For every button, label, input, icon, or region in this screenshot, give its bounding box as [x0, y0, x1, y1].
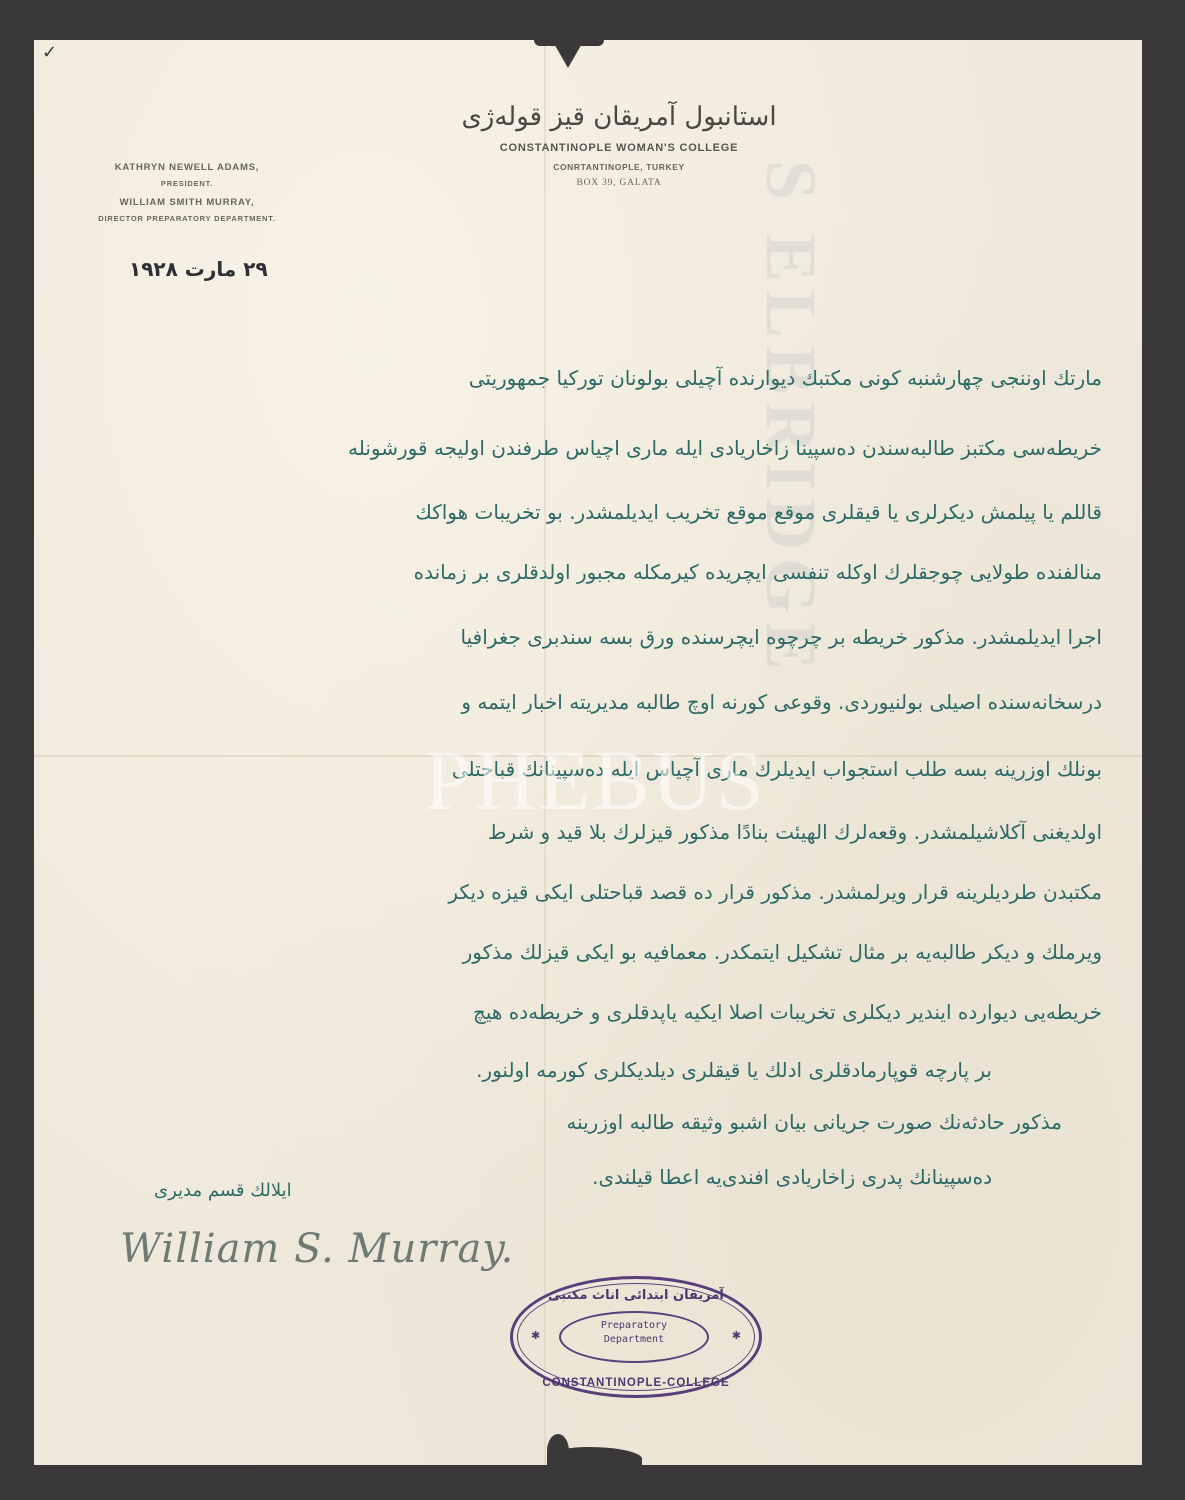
signature: William S. Murray. [120, 1226, 514, 1272]
president-name: KATHRYN NEWELL ADAMS, [82, 162, 292, 173]
stamp-arabic-text: آمريقان ابتدائى اناث مكتبى [513, 1288, 759, 1303]
letterhead-college-name: CONSTANTINOPLE WOMAN'S COLLEGE [424, 142, 814, 154]
body-line: مذكور حادثه‌نك صورت جريانى بيان اشبو وثي… [566, 1110, 1062, 1134]
stamp-inner-line1: Preparatory [561, 1319, 707, 1333]
body-line: منالفنده طولايى چوجقلرك اوكله تنفسى ايچر… [414, 560, 1102, 584]
college-stamp: آمريقان ابتدائى اناث مكتبى ✱ ✱ Preparato… [510, 1276, 762, 1398]
letterhead-center: استانبول آمریقان قیز قوله‌ژی CONSTANTINO… [424, 102, 814, 188]
body-line: خريطه‌يى ديوارده ايندير ديكلرى تخريبات ا… [473, 1000, 1102, 1024]
letterhead-box: BOX 39, GALATA [424, 178, 814, 188]
top-notch [552, 40, 584, 68]
bottom-tear [552, 1447, 642, 1467]
letter-paper: ✓ S ELBRIDGE استانبول آمریقان قیز قوله‌ژ… [34, 40, 1142, 1465]
body-line: مارتك اوننجى چهارشنبه كونى مكتبك ديوارند… [469, 366, 1102, 390]
letterhead-officers: KATHRYN NEWELL ADAMS, PRESIDENT. WILLIAM… [82, 162, 292, 223]
body-line: بر پارچه قوپارمادقلرى ادلك يا قيقلرى ديل… [476, 1058, 992, 1082]
president-title: PRESIDENT. [82, 179, 292, 188]
letterhead-city: CONRTANTINOPLE, TURKEY [424, 162, 814, 172]
checkmark-icon: ✓ [42, 42, 57, 63]
phebus-watermark: PHEBUS [424, 730, 766, 830]
director-title: DIRECTOR PREPARATORY DEPARTMENT. [82, 214, 292, 223]
closing-title: ايلالك قسم مديرى [154, 1180, 292, 1201]
body-line: خريطه‌سى مكتبز طالبه‌سندن ده‌سپينا زاخار… [348, 436, 1102, 460]
body-line: اجرا ايديلمشدر. مذكور خريطه بر چرچوه ايچ… [461, 625, 1102, 649]
body-line: ويرملك و ديكر طالبه‌يه بر مثال تشكيل ايت… [463, 940, 1102, 964]
body-line: قاللم يا پيلمش ديكرلرى يا قيقلرى موقع مو… [415, 500, 1102, 524]
letter-date: ٢٩ مارت ١٩٢٨ [129, 257, 268, 281]
director-name: WILLIAM SMITH MURRAY, [82, 197, 292, 208]
stamp-inner-oval: Preparatory Department [559, 1311, 709, 1363]
star-icon: ✱ [531, 1329, 540, 1342]
stamp-inner-line2: Department [561, 1333, 707, 1347]
body-line: مكتبدن طرديلرينه قرار ويرلمشدر. مذكور قر… [448, 880, 1102, 904]
letterhead-arabic-title: استانبول آمریقان قیز قوله‌ژی [424, 102, 814, 132]
body-line: ده‌سپينانك پدرى زاخاريادى افندى‌يه اعطا … [592, 1165, 992, 1189]
body-line: درسخانه‌سنده اصيلى بولنيوردى. وقوعى كورن… [461, 690, 1102, 714]
star-icon: ✱ [732, 1329, 741, 1342]
stamp-bottom-text: CONSTANTINOPLE-COLLEGE [513, 1377, 759, 1389]
